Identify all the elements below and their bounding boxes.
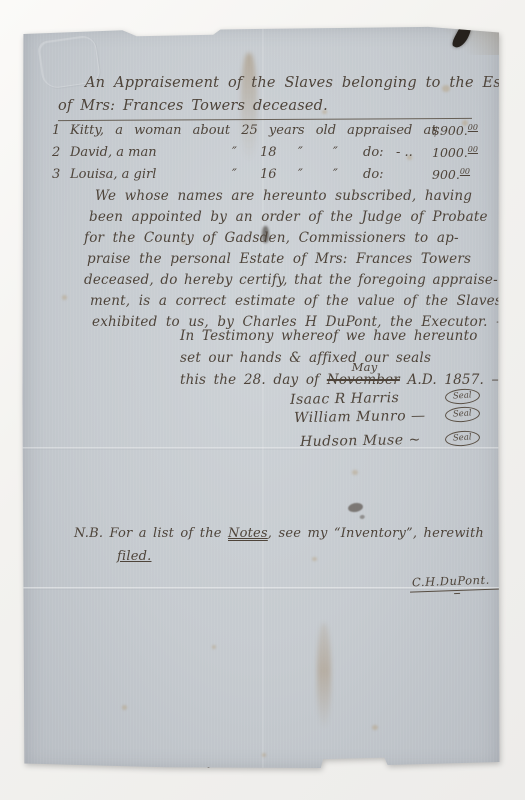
ditto-mark: ″ bbox=[232, 167, 237, 182]
ditto-mark: ″ bbox=[333, 145, 338, 160]
signature-name: William Munro — bbox=[294, 408, 426, 426]
item-entry: David, a man bbox=[70, 145, 157, 160]
nota-bene-line: N.B. For a list of the Notes, see my “In… bbox=[74, 526, 484, 541]
appraisal-row: 2 David, a man ″ 18 ″ ″ do: - .. 1000.00 bbox=[52, 145, 500, 165]
body-line: been appointed by an order of the Judge … bbox=[89, 209, 488, 225]
ditto-mark: ″ bbox=[298, 145, 303, 160]
ink-speck bbox=[207, 767, 210, 770]
item-amount: 1000.00 bbox=[432, 145, 478, 160]
body-line: We whose names are hereunto subscribed, … bbox=[95, 188, 472, 204]
stain-bottom bbox=[317, 623, 331, 729]
ink-smudge bbox=[347, 502, 363, 513]
body-line: praise the personal Estate of Mrs: Franc… bbox=[87, 251, 471, 267]
ditto-mark: ″ bbox=[333, 167, 338, 182]
signature-name: Isaac R Harris bbox=[290, 390, 400, 408]
seal-mark: Seal bbox=[445, 406, 481, 423]
item-entry: Kitty, a woman about 25 years old apprai… bbox=[70, 123, 436, 138]
item-number: 3 bbox=[52, 167, 60, 182]
item-entry: Louisa, a girl bbox=[70, 167, 156, 182]
seal-mark: Seal bbox=[445, 388, 481, 405]
ditto-mark: ″ bbox=[232, 145, 237, 160]
struck-month: November bbox=[327, 372, 400, 388]
title-underline bbox=[58, 118, 472, 121]
ditto-do: do: bbox=[363, 167, 384, 182]
appraisal-row: 1 Kitty, a woman about 25 years old appr… bbox=[52, 123, 500, 143]
item-age: 18 bbox=[260, 145, 277, 160]
item-age: 16 bbox=[260, 167, 277, 182]
item-amount: $900.00 bbox=[432, 123, 478, 138]
ditto-mark: ″ bbox=[298, 167, 303, 182]
seal-mark: Seal bbox=[445, 430, 481, 447]
testimony-line: In Testimony whereof we have hereunto bbox=[180, 328, 478, 344]
appraisal-row: 3 Louisa, a girl ″ 16 ″ ″ do: 900.00 bbox=[52, 167, 500, 187]
body-line: for the County of Gadsden, Commissioners… bbox=[84, 230, 459, 246]
body-line: ment, is a correct estimate of the value… bbox=[90, 293, 502, 309]
item-number: 1 bbox=[52, 123, 60, 138]
corner-discoloration bbox=[440, 25, 500, 55]
interlined-correction: May bbox=[352, 360, 378, 374]
underlined-word: Notes bbox=[228, 526, 268, 541]
item-cents: 00 bbox=[460, 167, 470, 176]
document-title-line1: An Appraisement of the Slaves belonging … bbox=[85, 75, 525, 91]
document-paper-wrap: An Appraisement of the Slaves belonging … bbox=[22, 25, 500, 771]
fold-crease bbox=[22, 447, 500, 450]
item-amount: 900.00 bbox=[432, 167, 470, 182]
leader-dots: - .. bbox=[396, 145, 413, 160]
document-paper: An Appraisement of the Slaves belonging … bbox=[22, 25, 500, 771]
nota-bene-filed: filed. bbox=[117, 549, 151, 564]
testimony-line: set our hands & affixed our seals bbox=[180, 350, 431, 366]
executor-signature: C.H.DuPont. bbox=[412, 573, 490, 590]
signature-name: Hudson Muse ~ bbox=[300, 432, 421, 450]
item-cents: 00 bbox=[468, 145, 478, 154]
body-line: deceased, do hereby certify, that the fo… bbox=[84, 272, 498, 288]
document-title-line2: of Mrs: Frances Towers deceased. bbox=[58, 98, 328, 114]
ditto-do: do: bbox=[363, 145, 384, 160]
item-cents: 00 bbox=[468, 123, 478, 132]
testimony-date-line: this the 28. day of NovemberMay A.D. 185… bbox=[180, 372, 505, 388]
item-number: 2 bbox=[52, 145, 60, 160]
